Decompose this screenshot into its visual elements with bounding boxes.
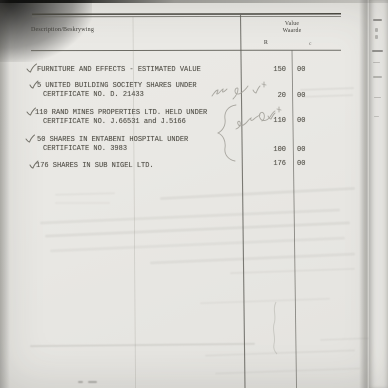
entry-line: 5 UNITED BUILDING SOCIETY SHARES UNDER [37, 83, 197, 90]
scanned-estate-inventory-page: Description/Beskrywing Value Waarde R c … [0, 0, 388, 388]
handwritten-brace [218, 105, 236, 161]
entry-cents-value: 00 [297, 161, 313, 168]
rand-column-label: R [261, 40, 271, 46]
ghost-text-streak [45, 221, 350, 237]
entry-line: 110 RAND MINES PROPERTIES LTD. HELD UNDE… [35, 110, 207, 117]
entry-line: 50 SHARES IN ENTABENI HOSPITAL UNDER [37, 137, 188, 144]
entry-cents-value: 00 [297, 93, 313, 100]
ghost-text-streak [230, 268, 355, 274]
entry-line: FURNITURE AND EFFECTS - ESTIMATED VALUE [37, 67, 201, 74]
ghost-text-streak [200, 298, 330, 305]
strip-mark [373, 62, 380, 63]
cents-column-label: c [309, 41, 312, 47]
strip-mark [374, 97, 381, 98]
entry-line: CERTIFICATE NO. J.66531 and J.5166 [43, 119, 186, 126]
handwritten-annotation [212, 89, 227, 96]
cents-column-rule [292, 50, 297, 388]
ghost-text-streak [300, 87, 354, 91]
handwritten-tick [253, 82, 266, 93]
value-label-af: Waarde [262, 28, 322, 35]
page-crease [359, 0, 369, 388]
description-column-label: Description/Beskrywing [31, 27, 94, 33]
entry-rand-value: 20 [244, 93, 286, 100]
entry-cents-value: 00 [297, 147, 313, 154]
ghost-text-streak [50, 237, 345, 252]
entry-line: CERTIFICATE NO. 3983 [43, 146, 127, 153]
adjacent-page-edge [369, 0, 388, 388]
pencil-smudge [78, 381, 83, 383]
entry-rand-value: 176 [244, 161, 286, 168]
strip-mark [374, 116, 379, 117]
strip-mark [373, 19, 382, 21]
entry-cents-value: 00 [297, 118, 313, 125]
value-column-label: Value Waarde [262, 21, 322, 34]
ghost-text-streak [205, 349, 355, 356]
strip-mark [375, 35, 378, 39]
ghost-text-streak [160, 187, 355, 200]
entry-rand-value: 110 [244, 118, 286, 125]
ghost-text-streak [55, 192, 115, 196]
entry-cents-value: 00 [297, 67, 313, 74]
value-label-en: Value [262, 21, 322, 28]
strip-mark [373, 76, 382, 78]
entry-line: 176 SHARES IN SUB NIGEL LTD. [36, 163, 154, 170]
photo-left-edge [0, 0, 10, 388]
entry-rand-value: 150 [244, 67, 286, 74]
tick-mark [26, 135, 35, 142]
strip-mark [372, 50, 383, 52]
ghost-text-streak [55, 202, 110, 204]
ghost-text-streak [215, 367, 360, 374]
strip-mark [375, 28, 378, 32]
entry-line: CERTIFICATE NO. D. 21433 [43, 92, 144, 99]
ghost-text-streak [40, 208, 340, 224]
tick-mark [27, 64, 37, 72]
pencil-smudge [88, 381, 97, 383]
page-fold-line [30, 343, 255, 347]
ghost-squiggle [273, 302, 277, 354]
ghost-text-streak [150, 253, 355, 264]
entry-rand-value: 100 [244, 147, 286, 154]
